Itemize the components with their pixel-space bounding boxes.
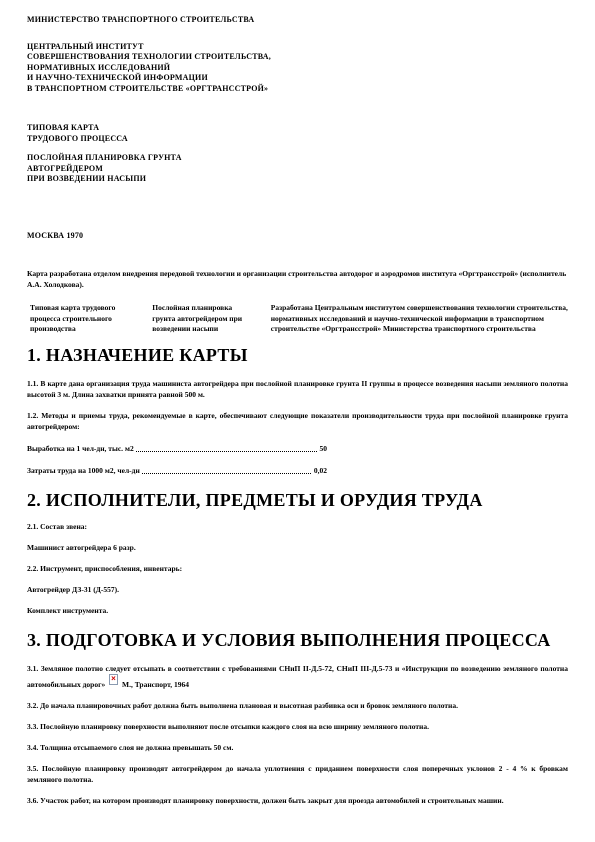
missing-image-icon: × [109, 674, 118, 685]
paragraph-3-4: 3.4. Толщина отсыпаемого слоя не должна … [27, 742, 568, 753]
imprint-line: МОСКВА 1970 [27, 231, 568, 242]
card-type-line: ТИПОВАЯ КАРТА [27, 123, 568, 134]
paragraph-3-1-source: М., Транспорт, 1964 [122, 680, 189, 689]
indicator-label: Выработка на 1 чел-дн, тыс. м2 [27, 444, 134, 454]
paragraph-3-1: 3.1. Земляное полотно следует отсыпать в… [27, 663, 568, 690]
card-type-line: ТРУДОВОГО ПРОЦЕССА [27, 134, 568, 145]
document-page: МИНИСТЕРСТВО ТРАНСПОРТНОГО СТРОИТЕЛЬСТВА… [0, 0, 595, 842]
indicator-row: Выработка на 1 чел-дн, тыс. м2 50 [27, 444, 327, 454]
institute-line: СОВЕРШЕНСТВОВАНИЯ ТЕХНОЛОГИИ СТРОИТЕЛЬСТ… [27, 52, 568, 63]
paragraph-2-2: 2.2. Инструмент, приспособления, инвента… [27, 563, 568, 574]
section-2-heading: 2. ИСПОЛНИТЕЛИ, ПРЕДМЕТЫ И ОРУДИЯ ТРУДА [27, 490, 568, 511]
card-subject-line: АВТОГРЕЙДЕРОМ [27, 164, 568, 175]
institute-line: НОРМАТИВНЫХ ИССЛЕДОВАНИЙ [27, 63, 568, 74]
red-x-glyph: × [111, 673, 116, 684]
institute-block: ЦЕНТРАЛЬНЫЙ ИНСТИТУТ СОВЕРШЕНСТВОВАНИЯ Т… [27, 42, 568, 95]
summary-columns: Типовая карта трудового процесса строите… [27, 303, 568, 335]
paragraph-1-1: 1.1. В карте дана организация труда маши… [27, 378, 568, 400]
section-3-heading: 3. ПОДГОТОВКА И УСЛОВИЯ ВЫПОЛНЕНИЯ ПРОЦЕ… [27, 630, 568, 651]
paragraph-2-1: 2.1. Состав звена: [27, 521, 568, 532]
card-subject-line: ПОСЛОЙНАЯ ПЛАНИРОВКА ГРУНТА [27, 153, 568, 164]
paragraph-3-3: 3.3. Послойную планировку поверхности вы… [27, 721, 568, 732]
paragraph-3-2: 3.2. До начала планировочных работ должн… [27, 700, 568, 711]
card-subject-block: ПОСЛОЙНАЯ ПЛАНИРОВКА ГРУНТА АВТОГРЕЙДЕРО… [27, 153, 568, 185]
indicator-label: Затраты труда на 1000 м2, чел-дн [27, 466, 140, 476]
toolset-line: Комплект инструмента. [27, 605, 568, 616]
leader-dots [142, 473, 311, 474]
summary-column-subject: Послойная планировка грунта автогрейдеро… [152, 303, 250, 335]
card-type-block: ТИПОВАЯ КАРТА ТРУДОВОГО ПРОЦЕССА [27, 123, 568, 144]
institute-line: В ТРАНСПОРТНОМ СТРОИТЕЛЬСТВЕ «ОРГТРАНССТ… [27, 84, 568, 95]
crew-member-line: Машинист автогрейдера 6 разр. [27, 542, 568, 553]
paragraph-1-2: 1.2. Методы и приемы труда, рекомендуемы… [27, 410, 568, 432]
institute-line: ЦЕНТРАЛЬНЫЙ ИНСТИТУТ [27, 42, 568, 53]
developed-note: Карта разработана отделом внедрения пере… [27, 268, 568, 290]
summary-column-developer: Разработана Центральным институтом совер… [271, 303, 568, 335]
section-1-heading: 1. НАЗНАЧЕНИЕ КАРТЫ [27, 345, 568, 366]
indicator-value: 50 [320, 444, 328, 454]
indicator-value: 0,02 [314, 466, 327, 476]
paragraph-3-6: 3.6. Участок работ, на котором производя… [27, 795, 568, 806]
card-subject-line: ПРИ ВОЗВЕДЕНИИ НАСЫПИ [27, 174, 568, 185]
leader-dots [136, 451, 317, 452]
paragraph-3-5: 3.5. Послойную планировку производят авт… [27, 763, 568, 785]
indicator-row: Затраты труда на 1000 м2, чел-дн 0,02 [27, 466, 327, 476]
equipment-line: Автогрейдер ДЗ-31 (Д-557). [27, 584, 568, 595]
institute-line: И НАУЧНО-ТЕХНИЧЕСКОЙ ИНФОРМАЦИИ [27, 73, 568, 84]
summary-column-type: Типовая карта трудового процесса строите… [30, 303, 132, 335]
ministry-line: МИНИСТЕРСТВО ТРАНСПОРТНОГО СТРОИТЕЛЬСТВА [27, 15, 568, 26]
